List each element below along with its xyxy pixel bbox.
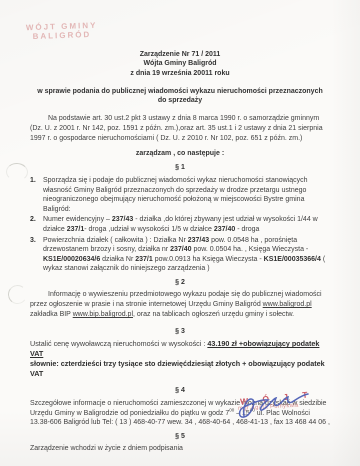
plot-number: 237/43 (112, 216, 133, 223)
hole-punch-mark-bottom (7, 284, 28, 305)
land-register-number: KS1E/00020634/6 (43, 256, 100, 263)
subject-line2: do sprzedaży (30, 96, 330, 105)
legal-basis-paragraph: Na podstawie art. 30 ust.2 pkt 3 ustawy … (30, 114, 330, 143)
list-item-3: 3. Powierzchnia działek ( całkowita ) : … (30, 236, 330, 274)
ordinance-date: z dnia 19 września 20011 roku (30, 69, 330, 78)
section-1-heading: § 1 (30, 163, 330, 172)
document-subject: w sprawie podania do publicznej wiadomoś… (30, 87, 330, 106)
plot-description-text: - droga ,udział w wysokości 1/5 w działc… (84, 226, 214, 233)
section-2-heading: § 2 (30, 278, 330, 287)
list-item-1-text: Sporządza się i podaje do publicznej wia… (43, 176, 330, 214)
area-description-text: pow.0.0913 ha Księga Wieczysta - (153, 256, 264, 263)
signature-block: W Ó J T mgr Agata Pomykała (228, 392, 348, 436)
plot-number: 237/40 (214, 226, 235, 233)
office-stamp-line2: BALIGRÓD (26, 30, 98, 41)
section-3-paragraph: Ustalić cenę wywoławczą nieruchomości w … (30, 339, 330, 378)
scanned-document-page: WÓJT GMINY BALIGRÓD Zarządzenie Nr 71 / … (0, 0, 360, 466)
list-item-2-text: Numer ewidencyjny – 237/43 - działka ,do… (43, 215, 330, 234)
section-2-paragraph: Informację o wywieszeniu przedmiotowego … (30, 290, 330, 319)
section-5-paragraph: Zarządzenie wchodzi w życie z dniem podp… (30, 444, 330, 453)
bip-website-url: www.bip.baligrod.pl (73, 311, 133, 318)
handwritten-signature-ink (222, 386, 332, 430)
publication-text: zakładka BIP (30, 311, 73, 318)
plot-number: 237/43 (188, 237, 209, 244)
list-item-2: 2. Numer ewidencyjny – 237/43 - działka … (30, 215, 330, 234)
section-1-list: 1. Sporządza się i podaje do publicznej … (30, 176, 330, 274)
land-register-number: KS1E/00035366/4 (264, 256, 321, 263)
publication-text: , oraz na tablicach ogłoszeń urzędu gmin… (133, 311, 294, 318)
plot-description-text: - droga (235, 226, 259, 233)
list-item-1-number: 1. (30, 176, 43, 214)
plot-description-text: Numer ewidencyjny – (43, 216, 112, 223)
section-3-heading: § 3 (30, 327, 330, 336)
list-item-3-number: 3. (30, 236, 43, 274)
list-item-2-number: 2. (30, 215, 43, 234)
plot-number: 237/1 (67, 226, 85, 233)
list-item-3-text: Powierzchnia działek ( całkowita ) : Dzi… (43, 236, 330, 274)
price-in-words: słownie: czterdzieści trzy tysiące sto d… (30, 359, 330, 379)
area-description-text: działka Nr (100, 256, 135, 263)
list-item-1: 1. Sporządza się i podaje do publicznej … (30, 176, 330, 214)
ordain-clause: zarządzam , co następuje : (30, 149, 330, 158)
area-description-text: Powierzchnia działek ( całkowita ) : Dzi… (43, 237, 188, 244)
plot-number: 237/40 (170, 246, 191, 253)
website-url: www.baligrod.pl (263, 301, 312, 308)
hole-punch-mark-top (6, 162, 29, 181)
document-title: Zarządzenie Nr 71 / 2011 Wójta Gminy Bal… (30, 50, 330, 78)
subject-line1: w sprawie podania do publicznej wiadomoś… (30, 87, 330, 96)
area-description-text: pow. 0.0504 ha. , Księga Wieczysta - (192, 246, 309, 253)
price-intro-text: Ustalić cenę wywoławczą nieruchomości w … (30, 339, 207, 348)
office-header-stamp: WÓJT GMINY BALIGRÓD (26, 21, 98, 41)
ordinance-number: Zarządzenie Nr 71 / 2011 (30, 50, 330, 59)
plot-number: 237/1 (135, 256, 153, 263)
issuing-authority: Wójta Gminy Baligród (30, 59, 330, 68)
